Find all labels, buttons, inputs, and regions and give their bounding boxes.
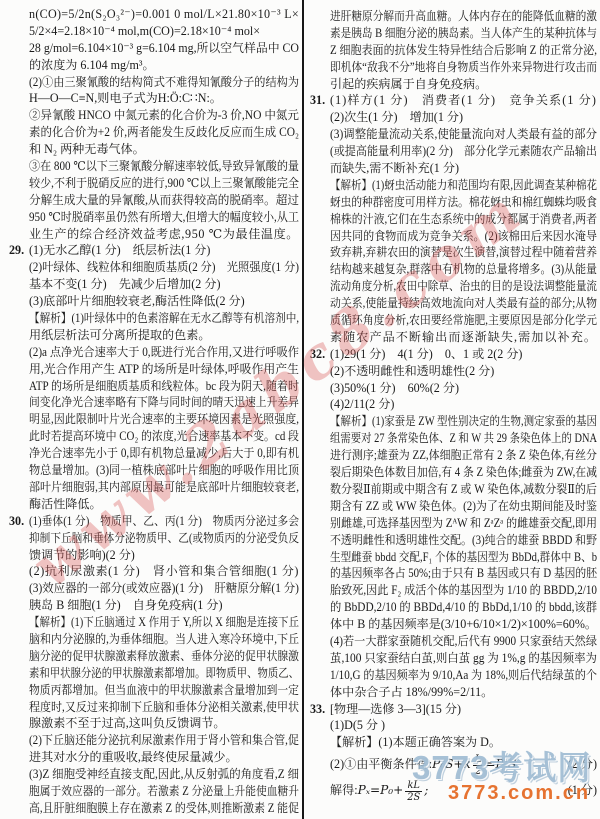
text-line: (3)50%(1 分) 60%(2 分) [330, 380, 597, 397]
line-text: 棉株的汁液,它们在生态系统中的成分都属于消费者,两者 [330, 211, 597, 228]
line-text: 素的化合价为+2 价,两者能发生反歧化反应而生成 CO₂ [29, 124, 299, 141]
line-text: 致弃耕,弃耕农田的演替是次生演替,演替过程中随着营养 [330, 244, 597, 261]
text-line: 质循环角度分析,农田要经常施肥,主要原因是部分化学元 [330, 312, 597, 329]
line-text: 流动角度分析,农田中除草、治虫的目的是设法调整能量流 [330, 278, 597, 295]
line-text: 抑制下丘脑和垂体分泌物质甲、乙(或物质丙的分泌受负反 [29, 530, 299, 547]
text-line: 进其对水分的重吸收,最终使尿量减少。 [29, 749, 299, 766]
right-text-column: 进肝糖原分解而升高血糖。人体内存在的能降低血糖的激素是胰岛 B 细胞分泌的胰岛素… [330, 8, 597, 803]
text-line: 棉株的汁液,它们在生态系统中的成分都属于消费者,两者 [330, 211, 597, 228]
line-text: n(CO)=5/2n(S₂O₃²⁻)=0.001 0 mol/L×21.80×1… [29, 6, 299, 23]
text-line: 裂后期染色体数目加倍,有 4 条 Z 染色体;雌蚕为 ZW,在减 [330, 464, 597, 481]
line-text: 28 g/mol=6.104×10⁻³ g=6.104 mg,所以空气样品中 C… [29, 40, 299, 57]
line-text: 蚜虫的种群密度可用样方法。棉花蚜虫和棉红蜘蛛均吸食 [330, 194, 597, 211]
text-line: 基本不变(1 分) 先减少后增加(2 分) [29, 276, 299, 293]
line-text: 分解生成大量的异氰酸,从而获得较高的脱硝率。超过 [29, 192, 299, 209]
text-line: 抑制下丘脑和垂体分泌物质甲、乙(或物质丙的分泌受负反 [29, 530, 299, 547]
line-text: (3)50%(1 分) 60%(2 分) [330, 380, 459, 397]
line-text: (2)次生(1 分) 增加(1 分) [330, 109, 463, 126]
line-text: 5/2×4=2.18×10⁻⁴ mol,m(CO)=2.18×10⁻⁴ mol× [29, 23, 260, 40]
text-line: 蚜虫的种群密度可用样方法。棉花蚜虫和棉红蜘蛛均吸食 [330, 194, 597, 211]
text-line: (2)不透明雌性和透明雄性(2 分) [330, 363, 597, 380]
line-text: 脑和内分泌腺的,为垂体细胞。当人进入寒冷环境中,下丘 [29, 631, 299, 648]
text-line: 29.(1)无水乙醇(1 分) 纸层析法(1 分) [29, 242, 299, 259]
left-text-column: n(CO)=5/2n(S₂O₃²⁻)=0.001 0 mol/L×21.80×1… [29, 6, 299, 817]
line-text: 用,光合作用产生 ATP 的场所是叶绿体,呼吸作用产生 [29, 361, 299, 378]
text-line: 致弃耕,弃耕农田的演替是次生演替,演替过程中随着营养 [330, 244, 597, 261]
line-text: 脑分泌的促甲状腺激素释放激素、垂体分泌的促甲状腺激 [29, 648, 299, 665]
line-text: 体中杂合子占 18%/99%=2/11。 [330, 684, 493, 701]
text-line: 即机体“敌我不分”地将自身物质当作外来异物进行攻击而 [330, 59, 597, 76]
line-text: 素和甲状腺分泌的甲状腺激素都增加。即物质甲、物质乙、 [29, 665, 299, 682]
line-text: 进肝糖原分解而升高血糖。人体内存在的能降低血糖的激 [330, 8, 597, 25]
text-line: H—O—C≡N,则电子式为H:Ö:C∷N:。 [29, 90, 299, 107]
line-text: 即机体“敌我不分”地将自身物质当作外来异物进行攻击而 [330, 59, 597, 76]
text-line: 【解析】(1)蚜虫活动能力和范围均有限,因此调查某种棉花 [330, 177, 597, 194]
text-line: 体中 B 的基因频率是(3/10+6/10×1/2)×100%=60%。 [330, 616, 597, 633]
line-text: 体中 B 的基因频率是(3/10+6/10×1/2)×100%=60%。 [330, 616, 597, 633]
answer-sheet-page: n(CO)=5/2n(S₂O₃²⁻)=0.001 0 mol/L×21.80×1… [0, 0, 600, 819]
text-line: 胞属于效应器的一部分。若激素 Z 分泌量上升能使血糖升 [29, 783, 299, 800]
line-text: 因共同的食物而成为竞争关系。(2)该棉田后来因水淹导 [330, 228, 597, 245]
site-url-watermark: 3773.com.cn [448, 782, 590, 805]
text-line: 数分裂Ⅱ前期或中期含有 Z 或 W 染色体,减数分裂Ⅱ的后 [330, 481, 597, 498]
text-line: 业生产的综合经济效益考虑,950 ℃为最佳温度。 [29, 226, 299, 243]
text-line: (或提高能量利用率)(2 分) 部分化学元素随农产品输出 [330, 143, 597, 160]
line-text: 【解析】(1)蚜虫活动能力和范围均有限,因此调查某种棉花 [330, 177, 597, 194]
line-text: (或提高能量利用率)(2 分) 部分化学元素随农产品输出 [330, 143, 597, 160]
line-text: 物总量增加。(3)同一植株底部叶片细胞的呼吸作用比顶 [29, 462, 299, 479]
line-text: 【解析】(1)下丘脑通过 X 作用于 Y,所以 X 细胞是连接下丘 [29, 614, 299, 631]
text-line: 明显,因此限制叶片光合速率的主要环境因素是光照强度, [29, 411, 299, 428]
text-line: 期含有 ZZ 或 WW 染色体。(2)为了在幼虫期间能及时鉴 [330, 498, 597, 515]
text-line: (3)效应器的一部分(或效应器)(1 分) 肝糖原分解(1 分) [29, 580, 299, 597]
text-line: (1)D(5 分 ) [330, 717, 597, 734]
question-number: 33. [310, 701, 325, 718]
text-line: 别雌雄,可选择基因型为 ZᴬW 和 ZᵃZᵃ 的雌雄蚕交配,即用 [330, 515, 597, 532]
text-line: 腺激素不至于过高,这叫负反馈调节。 [29, 715, 299, 732]
text-line: 生型雌蚕 bbdd 交配,F₁ 个体的基因型为 BbDd,群体中 B、b [330, 549, 597, 566]
line-text: 而缺失,需不断补充(1 分) [330, 160, 459, 177]
line-text: ②异氰酸 HNCO 中氮元素的化合价为-3 价,NO 中氮元 [29, 107, 299, 124]
line-text: 的浓度为 6.104 mg/m³。 [29, 57, 155, 74]
line-text: 引起的疾病属于自身免疫病。 [330, 76, 487, 93]
line-text: (2)①由三聚氰酸的结构简式不难得知氰酸分子的结构为 [29, 74, 299, 91]
text-line: Z 细胞表面的抗体发生特异性结合后影响 Z 的正常分泌, [330, 42, 597, 59]
line-text: (4)若一大群家蚕随机交配,后代有 9900 只家蚕结天然绿 [330, 633, 597, 650]
text-line: (3)调整能量流动关系,使能量流向对人类最有益的部分 [330, 126, 597, 143]
text-line: 和 N₂ 两种无毒气体。 [29, 141, 299, 158]
text-line: 素随农产品不断输出而逐渐缺失,需加以补充。 [330, 329, 597, 346]
line-text: 950 ℃时脱硝率虽仍然有所增大,但增大的幅度较小,从工 [29, 209, 299, 226]
line-text: 腺激素不至于过高,这叫负反馈调节。 [29, 715, 226, 732]
text-line: n(CO)=5/2n(S₂O₃²⁻)=0.001 0 mol/L×21.80×1… [29, 6, 299, 23]
line-text: H—O—C≡N,则电子式为H:Ö:C∷N:。 [29, 90, 222, 107]
text-line: 950 ℃时脱硝率虽仍然有所增大,但增大的幅度较小,从工 [29, 209, 299, 226]
text-line: 此时若提高环境中 CO₂ 的浓度,光合速率基本不变。cd 段 [29, 428, 299, 445]
line-text: (2)抗利尿激素(1 分) 肾小管和集合管细胞(1 分) [29, 563, 299, 580]
text-line: 馈调节的影响)(2 分) [29, 547, 299, 564]
text-line: (3)Z 细胞受神经直接支配,因此,从反射弧的角度看,Z 细 [29, 766, 299, 783]
text-line: 程度时,又反过来抑制下丘脑和垂体分泌相关激素,使甲状 [29, 699, 299, 716]
line-text: 酶活性降低。 [29, 496, 102, 513]
text-line: ②异氰酸 HNCO 中氮元素的化合价为-3 价,NO 中氮元 [29, 107, 299, 124]
text-line: 分解生成大量的异氰酸,从而获得较高的脱硝率。超过 [29, 192, 299, 209]
text-line: 30.(1)垂体(1 分) 物质甲、乙、丙(1 分) 物质丙分泌过多会 [29, 513, 299, 530]
line-text: 间变化净光合速率略有下降与同时间的晴天迅速上升差异 [29, 394, 299, 411]
line-text: 部叶片细胞弱,其内部原因最可能是底部叶片细胞较衰老, [29, 479, 299, 496]
text-line: (2)①由三聚氰酸的结构简式不难得知氰酸分子的结构为 [29, 74, 299, 91]
line-text: 进行测序;雄蚕为 ZZ,体细胞正常有 2 条 Z 染色体,有丝分 [330, 447, 597, 464]
line-text: 裂后期染色体数目加倍,有 4 条 Z 染色体;雌蚕为 ZW,在减 [330, 464, 597, 481]
line-text: (1)无水乙醇(1 分) 纸层析法(1 分) [29, 242, 210, 259]
text-line: (2)次生(1 分) 增加(1 分) [330, 109, 597, 126]
line-text: (2)叶绿体、线粒体和细胞质基质(2 分) 光照强度(1 分) [29, 259, 299, 276]
text-line: 净光合速率先小于 0,即有机物总量减少,后大于 0,即有机 [29, 445, 299, 462]
line-text: 胎致死,因此 F₂ 成活个体的基因型为 1/10 的 BBDD,2/10 [330, 582, 597, 599]
text-line: 脑分泌的促甲状腺激素释放激素、垂体分泌的促甲状腺激 [29, 648, 299, 665]
line-text: 净光合速率先小于 0,即有机物总量减少,后大于 0,即有机 [29, 445, 299, 462]
text-line: (3)底部叶片细胞较衰老,酶活性降低(2 分) [29, 293, 299, 310]
line-text: ATP 的场所是细胞质基质和线粒体。bc 段为阴天,随着时 [29, 378, 299, 395]
text-line: (4)若一大群家蚕随机交配,后代有 9900 只家蚕结天然绿 [330, 633, 597, 650]
text-line: 的浓度为 6.104 mg/m³。 [29, 57, 299, 74]
text-line: 间变化净光合速率略有下降与同时间的晴天迅速上升差异 [29, 394, 299, 411]
text-line: 胰岛 B 细胞(1 分) 自身免疫病(1 分) [29, 597, 299, 614]
text-line: ③在 800 ℃以下三聚氰酸分解速率较低,导致异氰酸的量 [29, 158, 299, 175]
line-text: 馈调节的影响)(2 分) [29, 547, 135, 564]
line-text: 的 BbDD,2/10 的 BBDd,4/10 的 BbDd,1/10 的 bb… [330, 599, 597, 616]
text-line: 流动角度分析,农田中除草、治虫的目的是设法调整能量流 [330, 278, 597, 295]
line-text: 素随农产品不断输出而逐渐缺失,需加以补充。 [330, 329, 597, 346]
text-line: 而缺失,需不断补充(1 分) [330, 160, 597, 177]
text-line: 5/2×4=2.18×10⁻⁴ mol,m(CO)=2.18×10⁻⁴ mol× [29, 23, 299, 40]
text-line: 用,光合作用产生 ATP 的场所是叶绿体,呼吸作用产生 [29, 361, 299, 378]
text-line: 引起的疾病属于自身免疫病。 [330, 76, 597, 93]
line-text: 和 N₂ 两种无毒气体。 [29, 141, 145, 158]
text-line: 结构越来越复杂,群落中有机物的总量将增多。(3)从能量 [330, 261, 597, 278]
line-text: 物质丙都增加。但当血液中的甲状腺激素含量增加到一定 [29, 682, 299, 699]
line-text: 别雌雄,可选择基因型为 ZᴬW 和 ZᵃZᵃ 的雌雄蚕交配,即用 [330, 515, 597, 532]
line-text: 组需要对 27 条常染色体、Z 和 W 共 29 条染色体上的 DNA [330, 430, 597, 447]
line-text: 基本不变(1 分) 先减少后增加(2 分) [29, 276, 220, 293]
text-line: 物质丙都增加。但当血液中的甲状腺激素含量增加到一定 [29, 682, 299, 699]
text-line: 【解析】(1)叶绿体中的色素溶解在无水乙醇等有机溶剂中, [29, 310, 299, 327]
line-text: 进其对水分的重吸收,最终使尿量减少。 [29, 749, 238, 766]
text-line: 组需要对 27 条常染色体、Z 和 W 共 29 条染色体上的 DNA [330, 430, 597, 447]
line-text: 较少,不利于脱硝反应的进行,900 ℃以上三聚氰酸能完全 [29, 175, 299, 192]
question-number: 30. [9, 513, 24, 530]
line-text: 高,且肝脏细胞膜上存在激素 Z 的受体,则推断激素 Z 能促 [29, 800, 299, 817]
text-line: 物总量增加。(3)同一植株底部叶片细胞的呼吸作用比顶 [29, 462, 299, 479]
text-line: 素和甲状腺分泌的甲状腺激素都增加。即物质甲、物质乙、 [29, 665, 299, 682]
text-line: 【解析】(1)下丘脑通过 X 作用于 Y,所以 X 细胞是连接下丘 [29, 614, 299, 631]
line-text: 结构越来越复杂,群落中有机物的总量将增多。(3)从能量 [330, 261, 597, 278]
line-text: (1)D(5 分 ) [330, 717, 385, 734]
text-line: 32.(1)29(1 分) 4(1 分) 0、1 或 2(2 分) [330, 346, 597, 363]
text-line: 酶活性降低。 [29, 496, 299, 513]
question-number: 31. [310, 92, 325, 109]
line-text: 明显,因此限制叶片光合速率的主要环境因素是光照强度, [29, 411, 299, 428]
line-text: Z 细胞表面的抗体发生特异性结合后影响 Z 的正常分泌, [330, 42, 597, 59]
line-text: (1)29(1 分) 4(1 分) 0、1 或 2(2 分) [330, 346, 522, 363]
line-text: ③在 800 ℃以下三聚氰酸分解速率较低,导致异氰酸的量 [29, 158, 299, 175]
text-line: 体中杂合子占 18%/99%=2/11。 [330, 684, 597, 701]
text-line: 进行测序;雄蚕为 ZZ,体细胞正常有 2 条 Z 染色体,有丝分 [330, 447, 597, 464]
line-text: (3)调整能量流动关系,使能量流向对人类最有益的部分 [330, 126, 597, 143]
text-line: (2)下丘脑还能分泌抗利尿激素作用于肾小管和集合管,促 [29, 732, 299, 749]
line-text: (1)垂体(1 分) 物质甲、乙、丙(1 分) 物质丙分泌过多会 [29, 513, 299, 530]
line-text: 不透明雌性和透明雄性交配。(3)纯合的雄蚕 BBDD 和野 [330, 532, 597, 549]
line-text: 程度时,又反过来抑制下丘脑和垂体分泌相关激素,使甲状 [29, 699, 299, 716]
line-text: 茧,100 只家蚕结白茧,则白茧 gg 为 1%,g 的基因频率为 [330, 650, 597, 667]
question-number: 32. [310, 346, 325, 363]
line-text: (2)下丘脑还能分泌抗利尿激素作用于肾小管和集合管,促 [29, 732, 299, 749]
text-line: 1/10,G 的基因频率为 9/10,Aa 为 18%,则后代结绿茧的个 [330, 667, 597, 684]
line-text: (2)a 点净光合速率大于 0,既进行光合作用,又进行呼吸作 [29, 344, 299, 361]
text-line: ATP 的场所是细胞质基质和线粒体。bc 段为阴天,随着时 [29, 378, 299, 395]
line-text: (3)底部叶片细胞较衰老,酶活性降低(2 分) [29, 293, 245, 310]
line-text: (2)不透明雌性和透明雄性(2 分) [330, 363, 494, 380]
text-line: (2)叶绿体、线粒体和细胞质基质(2 分) 光照强度(1 分) [29, 259, 299, 276]
line-text: 质循环角度分析,农田要经常施肥,主要原因是部分化学元 [330, 312, 597, 329]
text-line: 的基因频率各占 50%;由于只有 B 基因或只有 D 基因的胚 [330, 565, 597, 582]
line-text: 动关系,使能量持续高效地流向对人类最有益的部分;从物 [330, 295, 597, 312]
text-line: (4)2/11(2 分) [330, 396, 597, 413]
text-line: (2)a 点净光合速率大于 0,既进行光合作用,又进行呼吸作 [29, 344, 299, 361]
text-line: 的 BbDD,2/10 的 BBDd,4/10 的 BbDd,1/10 的 bb… [330, 599, 597, 616]
line-text: 此时若提高环境中 CO₂ 的浓度,光合速率基本不变。cd 段 [29, 428, 299, 445]
line-text: 胰岛 B 细胞(1 分) 自身免疫病(1 分) [29, 597, 223, 614]
line-text: [物理—选修 3—3](15 分) [330, 701, 461, 718]
text-line: 31.(1)样方(1 分) 消费者(1 分) 竞争关系(1 分) [330, 92, 597, 109]
text-line: (2)抗利尿激素(1 分) 肾小管和集合管细胞(1 分) [29, 563, 299, 580]
text-line: 不透明雌性和透明雄性交配。(3)纯合的雄蚕 BBDD 和野 [330, 532, 597, 549]
text-line: 用纸层析法可分离所提取的色素。 [29, 327, 299, 344]
line-text: 期含有 ZZ 或 WW 染色体。(2)为了在幼虫期间能及时鉴 [330, 498, 597, 515]
line-text: 胞属于效应器的一部分。若激素 Z 分泌量上升能使血糖升 [29, 783, 299, 800]
line-text: 【解析】(1)家蚕是 ZW 型性别决定的生物,测定家蚕的基因 [330, 413, 597, 430]
line-text: 的基因频率各占 50%;由于只有 B 基因或只有 D 基因的胚 [330, 565, 597, 582]
text-line: 动关系,使能量持续高效地流向对人类最有益的部分;从物 [330, 295, 597, 312]
column-divider-rule [302, 0, 304, 819]
text-line: 部叶片细胞弱,其内部原因最可能是底部叶片细胞较衰老, [29, 479, 299, 496]
line-text: 素是胰岛 B 细胞分泌的胰岛素。当人体产生的某种抗体与 [330, 25, 597, 42]
line-text: 生型雌蚕 bbdd 交配,F₁ 个体的基因型为 BbDd,群体中 B、b [330, 549, 597, 566]
text-line: 较少,不利于脱硝反应的进行,900 ℃以上三聚氰酸能完全 [29, 175, 299, 192]
text-line: 因共同的食物而成为竞争关系。(2)该棉田后来因水淹导 [330, 228, 597, 245]
question-number: 29. [9, 242, 24, 259]
line-text: 用纸层析法可分离所提取的色素。 [29, 327, 210, 344]
text-line: 进肝糖原分解而升高血糖。人体内存在的能降低血糖的激 [330, 8, 597, 25]
text-line: 素的化合价为+2 价,两者能发生反歧化反应而生成 CO₂ [29, 124, 299, 141]
line-text: 数分裂Ⅱ前期或中期含有 Z 或 W 染色体,减数分裂Ⅱ的后 [330, 481, 597, 498]
text-line: 茧,100 只家蚕结白茧,则白茧 gg 为 1%,g 的基因频率为 [330, 650, 597, 667]
text-line: 胎致死,因此 F₂ 成活个体的基因型为 1/10 的 BBDD,2/10 [330, 582, 597, 599]
line-text: (4)2/11(2 分) [330, 396, 394, 413]
text-line: 高,且肝脏细胞膜上存在激素 Z 的受体,则推断激素 Z 能促 [29, 800, 299, 817]
line-text: 【解析】(1)叶绿体中的色素溶解在无水乙醇等有机溶剂中, [29, 310, 299, 327]
text-line: 33.[物理—选修 3—3](15 分) [330, 701, 597, 718]
line-text: (1)样方(1 分) 消费者(1 分) 竞争关系(1 分) [330, 92, 597, 109]
line-text: 1/10,G 的基因频率为 9/10,Aa 为 18%,则后代结绿茧的个 [330, 667, 597, 684]
line-text: 业生产的综合经济效益考虑,950 ℃为最佳温度。 [29, 226, 299, 243]
text-line: 28 g/mol=6.104×10⁻³ g=6.104 mg,所以空气样品中 C… [29, 40, 299, 57]
line-text: (3)效应器的一部分(或效应器)(1 分) 肝糖原分解(1 分) [29, 580, 299, 597]
text-line: 素是胰岛 B 细胞分泌的胰岛素。当人体产生的某种抗体与 [330, 25, 597, 42]
text-line: 【解析】(1)家蚕是 ZW 型性别决定的生物,测定家蚕的基因 [330, 413, 597, 430]
text-line: 脑和内分泌腺的,为垂体细胞。当人进入寒冷环境中,下丘 [29, 631, 299, 648]
line-text: (3)Z 细胞受神经直接支配,因此,从反射弧的角度看,Z 细 [29, 766, 299, 783]
